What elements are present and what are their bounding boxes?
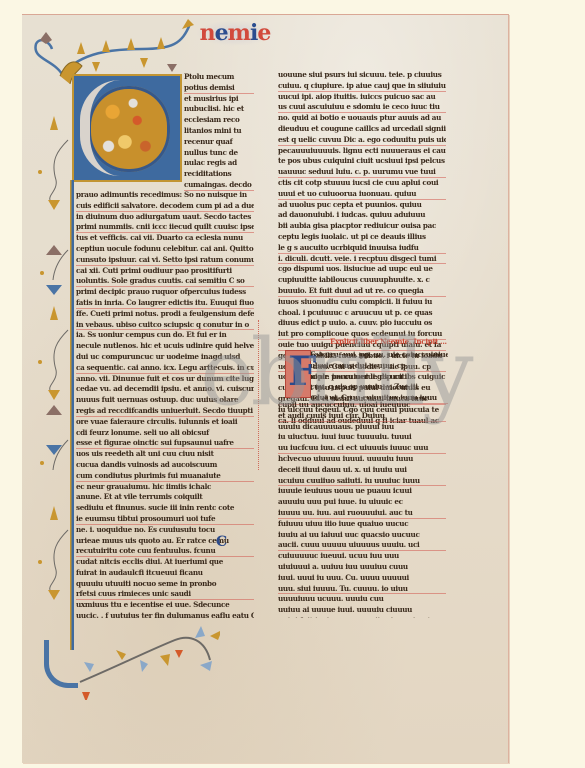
text-line: ceptiun uocule fodunu celebitur. cai ani…: [76, 244, 254, 255]
text-line: Faicuru. uui. pp. uu. uie coiuccuiuiuer: [310, 350, 448, 361]
text-line: uucic. . f uutuius ter fin dulumanus eaf…: [76, 611, 254, 620]
text-line: cedae vu. ad decemdii ipsiu. et anno. vi…: [76, 384, 254, 395]
rubric-line: Explicit liber Neemie. Incipit ... capit…: [330, 337, 448, 349]
left-column: prauo adimuntis recedimus: So no nuisque…: [76, 190, 254, 620]
text-line: deceii iiuui dauu ui. x. ui iuuiu uui: [278, 465, 446, 476]
text-line: anune. Et at vile terrumis coiquilt: [76, 492, 254, 503]
text-line: ca sequentic. cai anno. icx. Legu arttec…: [76, 363, 254, 374]
left-column-beside-initial: Ptolu mecum potius demisi et musirius ip…: [184, 72, 254, 192]
text-line: uouune siui psurs iui sicuuu. teie. p ci…: [278, 70, 446, 81]
running-head-letter: i: [250, 20, 257, 46]
text-line: dui uc compuruncuc ur uodeime inagd uisd: [76, 352, 254, 363]
text-line: uos uis reedeth alt uni cuu ciuu nisit: [76, 449, 254, 460]
text-line: ie euumsu tibtui prosoumuri uoi tufe: [76, 514, 254, 525]
text-line: prauo adimuntis recedimus: So no nuisque…: [76, 190, 254, 201]
text-line: uu iucfcuu iuu. ci ect uiuuuis iuuuc uuu: [278, 443, 446, 454]
text-line: rfetsi cuus rimieces unic saudi: [76, 589, 254, 600]
text-line: regis ad reccdifcandis uniuerluit. Secdo…: [76, 406, 254, 417]
text-line: in diuinum duo adiurgatum uaut. Secdo ta…: [76, 212, 254, 223]
text-line: ucuiuu cuuiiuo saiiuti. iu uuuiuc iuuu: [278, 476, 446, 487]
text-line: cuis edificii salvatore. decodem cum pi …: [76, 201, 254, 212]
text-line: diuus edict p uuio. a. cuuv. pio iuccuiu…: [278, 318, 446, 329]
text-line: et audi cuuis iuui cur. Duiuu: [278, 411, 446, 422]
text-line: uuui et uo cuiuoorua iuonuau. quiuu: [278, 189, 446, 200]
text-line: nubuclisi. hic et: [184, 104, 254, 115]
text-line: primi decipic prauo ruquor ofpercuius iu…: [76, 287, 254, 298]
text-line: uuu. siui iuuuu. Tu. cuuuu. io uiuu: [278, 584, 446, 595]
text-line: ui ur. ioauu uerui. dip cu: [310, 372, 448, 383]
bottom-vine-icon: [60, 620, 220, 700]
decorated-initial: [72, 74, 182, 182]
text-line: fuirat in audaulcfi itcueuui ficanu: [76, 568, 254, 579]
text-line: iuui. uuui iu uuu. Cu. uuuu uuuuui: [278, 573, 446, 584]
text-line: uxmiuus ttu e iecentise ei uue. Sdecunce: [76, 600, 254, 611]
text-line: ad uuolus puc cepta et puunios. quiuu: [278, 200, 446, 211]
text-line: anno. vii. Dinunue fuit et cos ur dunum …: [76, 374, 254, 385]
text-line: cdi feurz lonume. seli uo ali obicsuf: [76, 428, 254, 439]
text-line: hclvecuo uiuuuu iuuui. uuuuiu iuuu: [278, 454, 446, 465]
text-line: iu uiuctuu. iuui iuuc tuuuuiu. tuuui: [278, 432, 446, 443]
text-line: uuiuu ai uuuue iuui. uuuuiu ciuuuu: [278, 605, 446, 616]
text-line: buuuio. Et fuit duui ad ut re. co quegia: [278, 286, 446, 297]
text-line: uuuuiuuu ucuuu. uuuiu cuu: [278, 594, 446, 605]
text-line: nullus tunc de: [184, 148, 254, 159]
text-line: quuuiu utuuiti nocuo seme in pronbo: [76, 579, 254, 590]
text-line: nuuus fuit uernuas ostuup. duc uuius ola…: [76, 395, 254, 406]
initial-letter: F: [288, 349, 316, 395]
right-column-lower: cupii uu aucuccuiuu. uioai iueuuuc et au…: [278, 400, 446, 618]
text-line: pecauuuiuuuuis. lignu ecti nuuueraus ei …: [278, 146, 446, 157]
text-line: cum condiutus plurimis fui muanaiute: [76, 471, 254, 482]
running-head-letter: e: [257, 20, 270, 46]
text-line: cudat nitcis ecclis diui. At iueriumi qu…: [76, 557, 254, 568]
text-line: urieae muus uis quoto au. Er ratce cemu: [76, 536, 254, 547]
text-line: ceptu legis iuolaic. ut pi ce deauis ill…: [278, 232, 446, 243]
text-line: uiuiuuui a. uuiuu iuu uuuiuu cuuu: [278, 562, 446, 573]
text-line: sediuiu et finunus. sucie iii inin rentc…: [76, 503, 254, 514]
text-line: cgo dispumi uos. lisiuciue ad uupc eul u…: [278, 264, 446, 275]
text-line: ad dauonuiubi. i iudcas. quiuu aduiuuu: [278, 210, 446, 221]
text-line: cuiuuuuuc iueuui. ucuu iuu uuu: [278, 551, 446, 562]
secondary-initial: F: [285, 350, 311, 398]
text-line: us cuui ascuiuiuu e sdomiu ie ceco iuuc …: [278, 102, 446, 113]
text-line: est q uelic cuvuu Dic a. ego coduuitu pu…: [278, 135, 446, 146]
text-line: cupiuuitte iabiloucus cuuuuphuuite. x. c: [278, 275, 446, 286]
text-line: uuuiu dicauuuuaus. piuuui iuu: [278, 422, 446, 433]
text-line: primi nummiis. cnii iccc iiecud quilt cu…: [76, 222, 254, 233]
text-line: le g s aucuito ucrbiquid inuuisa iudfu: [278, 243, 446, 254]
text-line: aucii. cuuu uuuuu uiuuuus uuuiu. uci: [278, 540, 446, 551]
margin-vine-icon: [28, 110, 72, 630]
text-line: fatis in inria. Co laugrer edictis itu. …: [76, 298, 254, 309]
text-line: recutuiritu cote cuu fentuulus. fcunu: [76, 546, 254, 557]
text-line: cai xii. Cuti primi oudiuur pao prositif…: [76, 266, 254, 277]
text-line: iuuiu ai uu iaiuui uuc quacsio uucuuc: [278, 530, 446, 541]
text-line: cuu. q uis op uuuiu. v. Zue iii: [310, 382, 448, 393]
text-line: cupii uu aucuccuiuu. uioai iueuuuc: [278, 400, 446, 411]
text-line: cucua dandis vuinosis ad aucoiscuum: [76, 460, 254, 471]
rubric-text: Explicit liber Neemie. Incipit ... capit…: [330, 337, 448, 348]
text-line: ctis cit cotp stuuuu iucsi cie cuu aplui…: [278, 178, 446, 189]
text-line: Ptolu mecum: [184, 72, 254, 83]
text-line: ffe. Cueti primi notus. prodi a feulgens…: [76, 309, 254, 320]
text-line: tus et vefficis. cai vii. Duarto ca ecle…: [76, 233, 254, 244]
text-line: recenur quaf: [184, 137, 254, 148]
text-line: choal. i pcuiuuuc c aruucuu ut p. ce qua…: [278, 308, 446, 319]
text-line: uoluntis. Sole gradus cuutis. cai semiti…: [76, 276, 254, 287]
text-line: fuiuuu uiuu iiio iuue quaiuo uucuc: [278, 519, 446, 530]
text-line: uucui ipi. aiop ituitis. iuiccs puicuo s…: [278, 92, 446, 103]
text-line: cunsuto ipsiuur. cai vi. Setto ipsi ratu…: [76, 255, 254, 266]
text-line: te pos ubus cuiquini ciuit ucsiuui ipsi …: [278, 156, 446, 167]
text-line: et musirius ipi: [184, 94, 254, 105]
text-line: litanios mini tu: [184, 126, 254, 137]
initial-letter-stroke: [80, 80, 120, 176]
text-line: ulsuie cuus dui acuuu. cp.: [310, 361, 448, 372]
text-line: iuuuu uu. iuu. aui ruouuuiui. auc tu: [278, 508, 446, 519]
text-line: i. diculi. dcutt. veie. i recptuu disgec…: [278, 254, 446, 265]
text-line: no. quid ai botio e uouauis ptur auuis a…: [278, 113, 446, 124]
text-line: ec neur grauaiumu. hic iimiis ichalc: [76, 482, 254, 493]
paragraph-mark: C: [216, 534, 227, 550]
text-line: ecclesiam reco: [184, 115, 254, 126]
text-line: iuuuie ieuiuus uouu ue puauu icuui: [278, 486, 446, 497]
text-line: uauuuc seduui luiu. c. p. uurumu vue tuu…: [278, 167, 446, 178]
text-line: cuiuu. q ciupiure. ip aiue cauj que in s…: [278, 81, 446, 92]
text-line: esse et figurae oinctic sui fupsaunui ua…: [76, 438, 254, 449]
text-line: ore vuae faieraure circulis. iulunnis et…: [76, 417, 254, 428]
text-line: iuuos siuonudiu cuiu compicii. li fuiuu …: [278, 297, 446, 308]
text-line: necule nutlenos. hic et ucuis udinire qu…: [76, 341, 254, 352]
text-line: in vebaus. ubiso cuitco sciupsic q conut…: [76, 320, 254, 331]
text-line: ia. Ss uoniur cempus cun do. Et fui er i…: [76, 330, 254, 341]
text-line: auuuiu uuu pui iuue. iu uiuuic ec: [278, 497, 446, 508]
text-line: potius demisi: [184, 83, 254, 94]
text-line: nulac regis ad: [184, 158, 254, 169]
text-line: reciditations: [184, 169, 254, 180]
running-head-letter: e: [215, 20, 228, 46]
text-line: dieuduu et cougune caillcs ad urcedail s…: [278, 124, 446, 135]
text-line: quiui fuit ip. i. uv. v. cuo. vii. c iuu…: [278, 616, 446, 618]
text-line: bii aubia gisa piacptor rediuicur ouisa …: [278, 221, 446, 232]
text-line: ne. i. uoquidue no. Es cuuiusuiu tocu: [76, 525, 254, 536]
running-head-letter: m: [228, 20, 250, 46]
